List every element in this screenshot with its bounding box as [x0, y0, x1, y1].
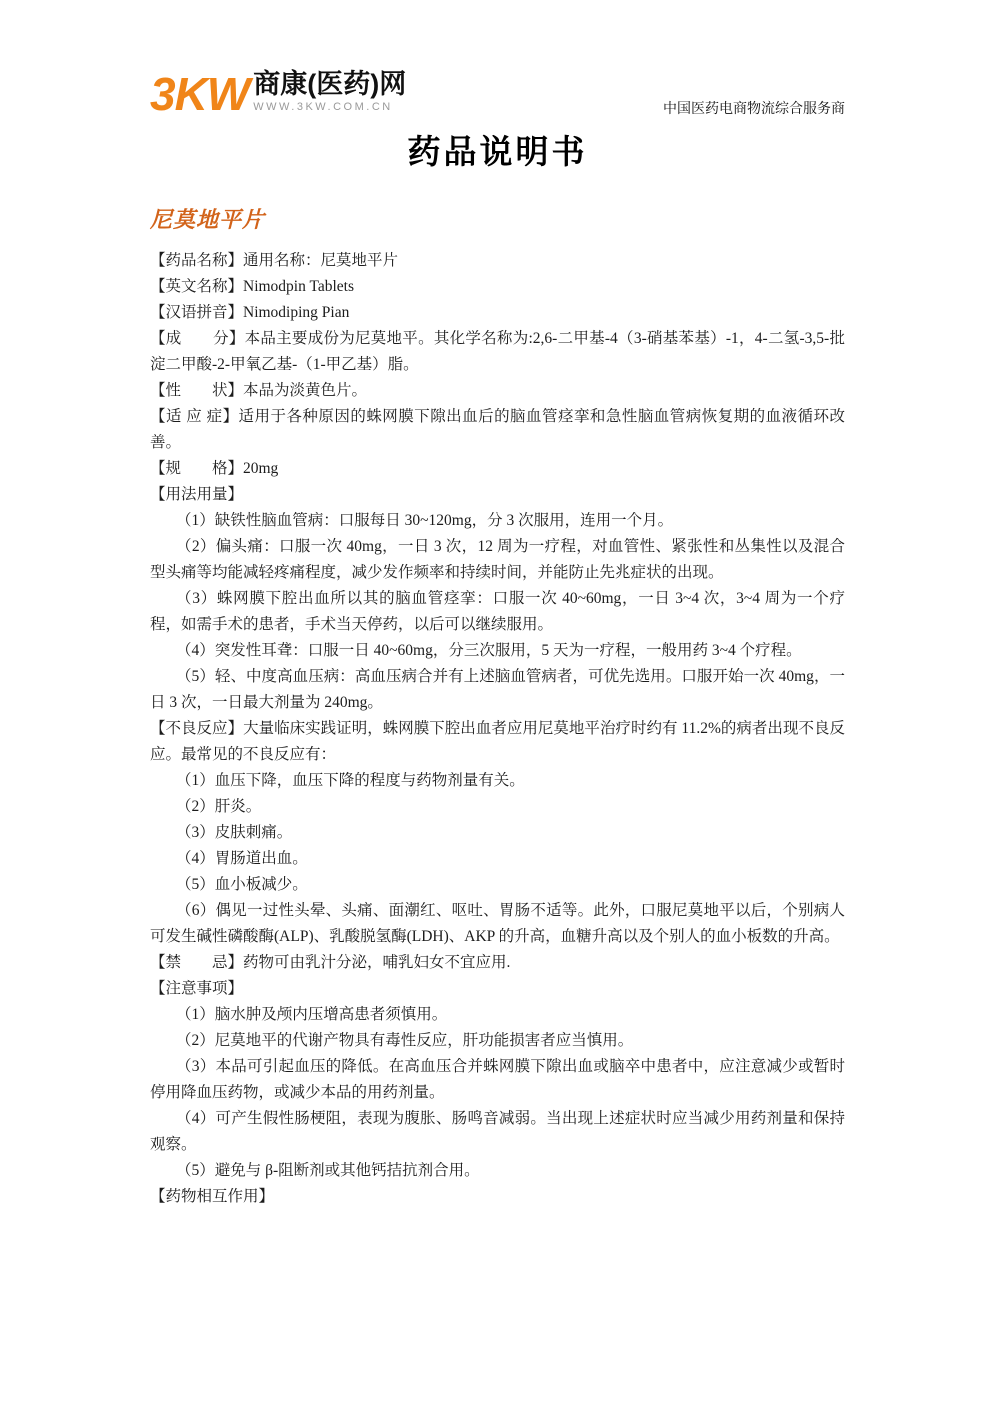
paragraph: 【适 应 症】适用于各种原因的蛛网膜下隙出血后的脑血管痉挛和急性脑血管病恢复期的… — [150, 404, 845, 456]
paragraph: 【汉语拼音】Nimodiping Pian — [150, 300, 845, 326]
paragraph: （3）皮肤刺痛。 — [150, 820, 845, 846]
paragraph: （2）肝炎。 — [150, 794, 845, 820]
logo-company-name: 商康(医药)网 — [253, 68, 406, 101]
paragraph: （1）血压下降，血压下降的程度与药物剂量有关。 — [150, 768, 845, 794]
drug-name-heading: 尼莫地平片 — [150, 203, 845, 234]
paragraph: （2）尼莫地平的代谢产物具有毒性反应，肝功能损害者应当慎用。 — [150, 1028, 845, 1054]
paragraph: （3）蛛网膜下腔出血所以其的脑血管痉挛：口服一次 40~60mg，一日 3~4 … — [150, 586, 845, 638]
paragraph: 【禁 忌】药物可由乳汁分泌，哺乳妇女不宜应用. — [150, 950, 845, 976]
document-title: 药品说明书 — [150, 126, 845, 173]
paragraph: 【规 格】20mg — [150, 456, 845, 482]
logo-3kw-mark: 3KW — [150, 68, 249, 120]
paragraph: （1）脑水肿及颅内压增高患者须慎用。 — [150, 1002, 845, 1028]
paragraph: （1）缺铁性脑血管病：口服每日 30~120mg，分 3 次服用，连用一个月。 — [150, 508, 845, 534]
paragraph: （5）避免与 β-阻断剂或其他钙拮抗剂合用。 — [150, 1158, 845, 1184]
paragraph: （5）血小板减少。 — [150, 872, 845, 898]
paragraph: （4）胃肠道出血。 — [150, 846, 845, 872]
paragraph: （3）本品可引起血压的降低。在高血压合并蛛网膜下隙出血或脑卒中患者中，应注意减少… — [150, 1054, 845, 1106]
paragraph: 【性 状】本品为淡黄色片。 — [150, 378, 845, 404]
paragraph: （4）突发性耳聋：口服一日 40~60mg，分三次服用，5 天为一疗程，一般用药… — [150, 638, 845, 664]
paragraph: 【成 分】本品主要成份为尼莫地平。其化学名称为:2,6-二甲基-4（3-硝基苯基… — [150, 326, 845, 378]
logo-text-block: 商康(医药)网 WWW.3KW.COM.CN — [253, 68, 406, 114]
paragraph: （2）偏头痛：口服一次 40mg，一日 3 次，12 周为一疗程，对血管性、紧张… — [150, 534, 845, 586]
document-body: 【药品名称】通用名称：尼莫地平片【英文名称】Nimodpin Tablets【汉… — [150, 248, 845, 1210]
paragraph: 【注意事项】 — [150, 976, 845, 1002]
paragraph: 【药品名称】通用名称：尼莫地平片 — [150, 248, 845, 274]
logo-website-url: WWW.3KW.COM.CN — [253, 101, 406, 114]
paragraph: （6）偶见一过性头晕、头痛、面潮红、呕吐、胃肠不适等。此外，口服尼莫地平以后，个… — [150, 898, 845, 950]
paragraph: （4）可产生假性肠梗阻，表现为腹胀、肠鸣音减弱。当出现上述症状时应当减少用药剂量… — [150, 1106, 845, 1158]
paragraph: 【药物相互作用】 — [150, 1184, 845, 1210]
paragraph: 【不良反应】大量临床实践证明，蛛网膜下腔出血者应用尼莫地平治疗时约有 11.2%… — [150, 716, 845, 768]
paragraph: 【用法用量】 — [150, 482, 845, 508]
document-page: 3KW 商康(医药)网 WWW.3KW.COM.CN 中国医药电商物流综合服务商… — [0, 0, 993, 1404]
company-tagline: 中国医药电商物流综合服务商 — [663, 102, 845, 120]
company-logo: 3KW 商康(医药)网 WWW.3KW.COM.CN — [150, 68, 406, 120]
paragraph: 【英文名称】Nimodpin Tablets — [150, 274, 845, 300]
paragraph: （5）轻、中度高血压病：高血压病合并有上述脑血管病者，可优先选用。口服开始一次 … — [150, 664, 845, 716]
page-header: 3KW 商康(医药)网 WWW.3KW.COM.CN 中国医药电商物流综合服务商 — [150, 68, 845, 120]
